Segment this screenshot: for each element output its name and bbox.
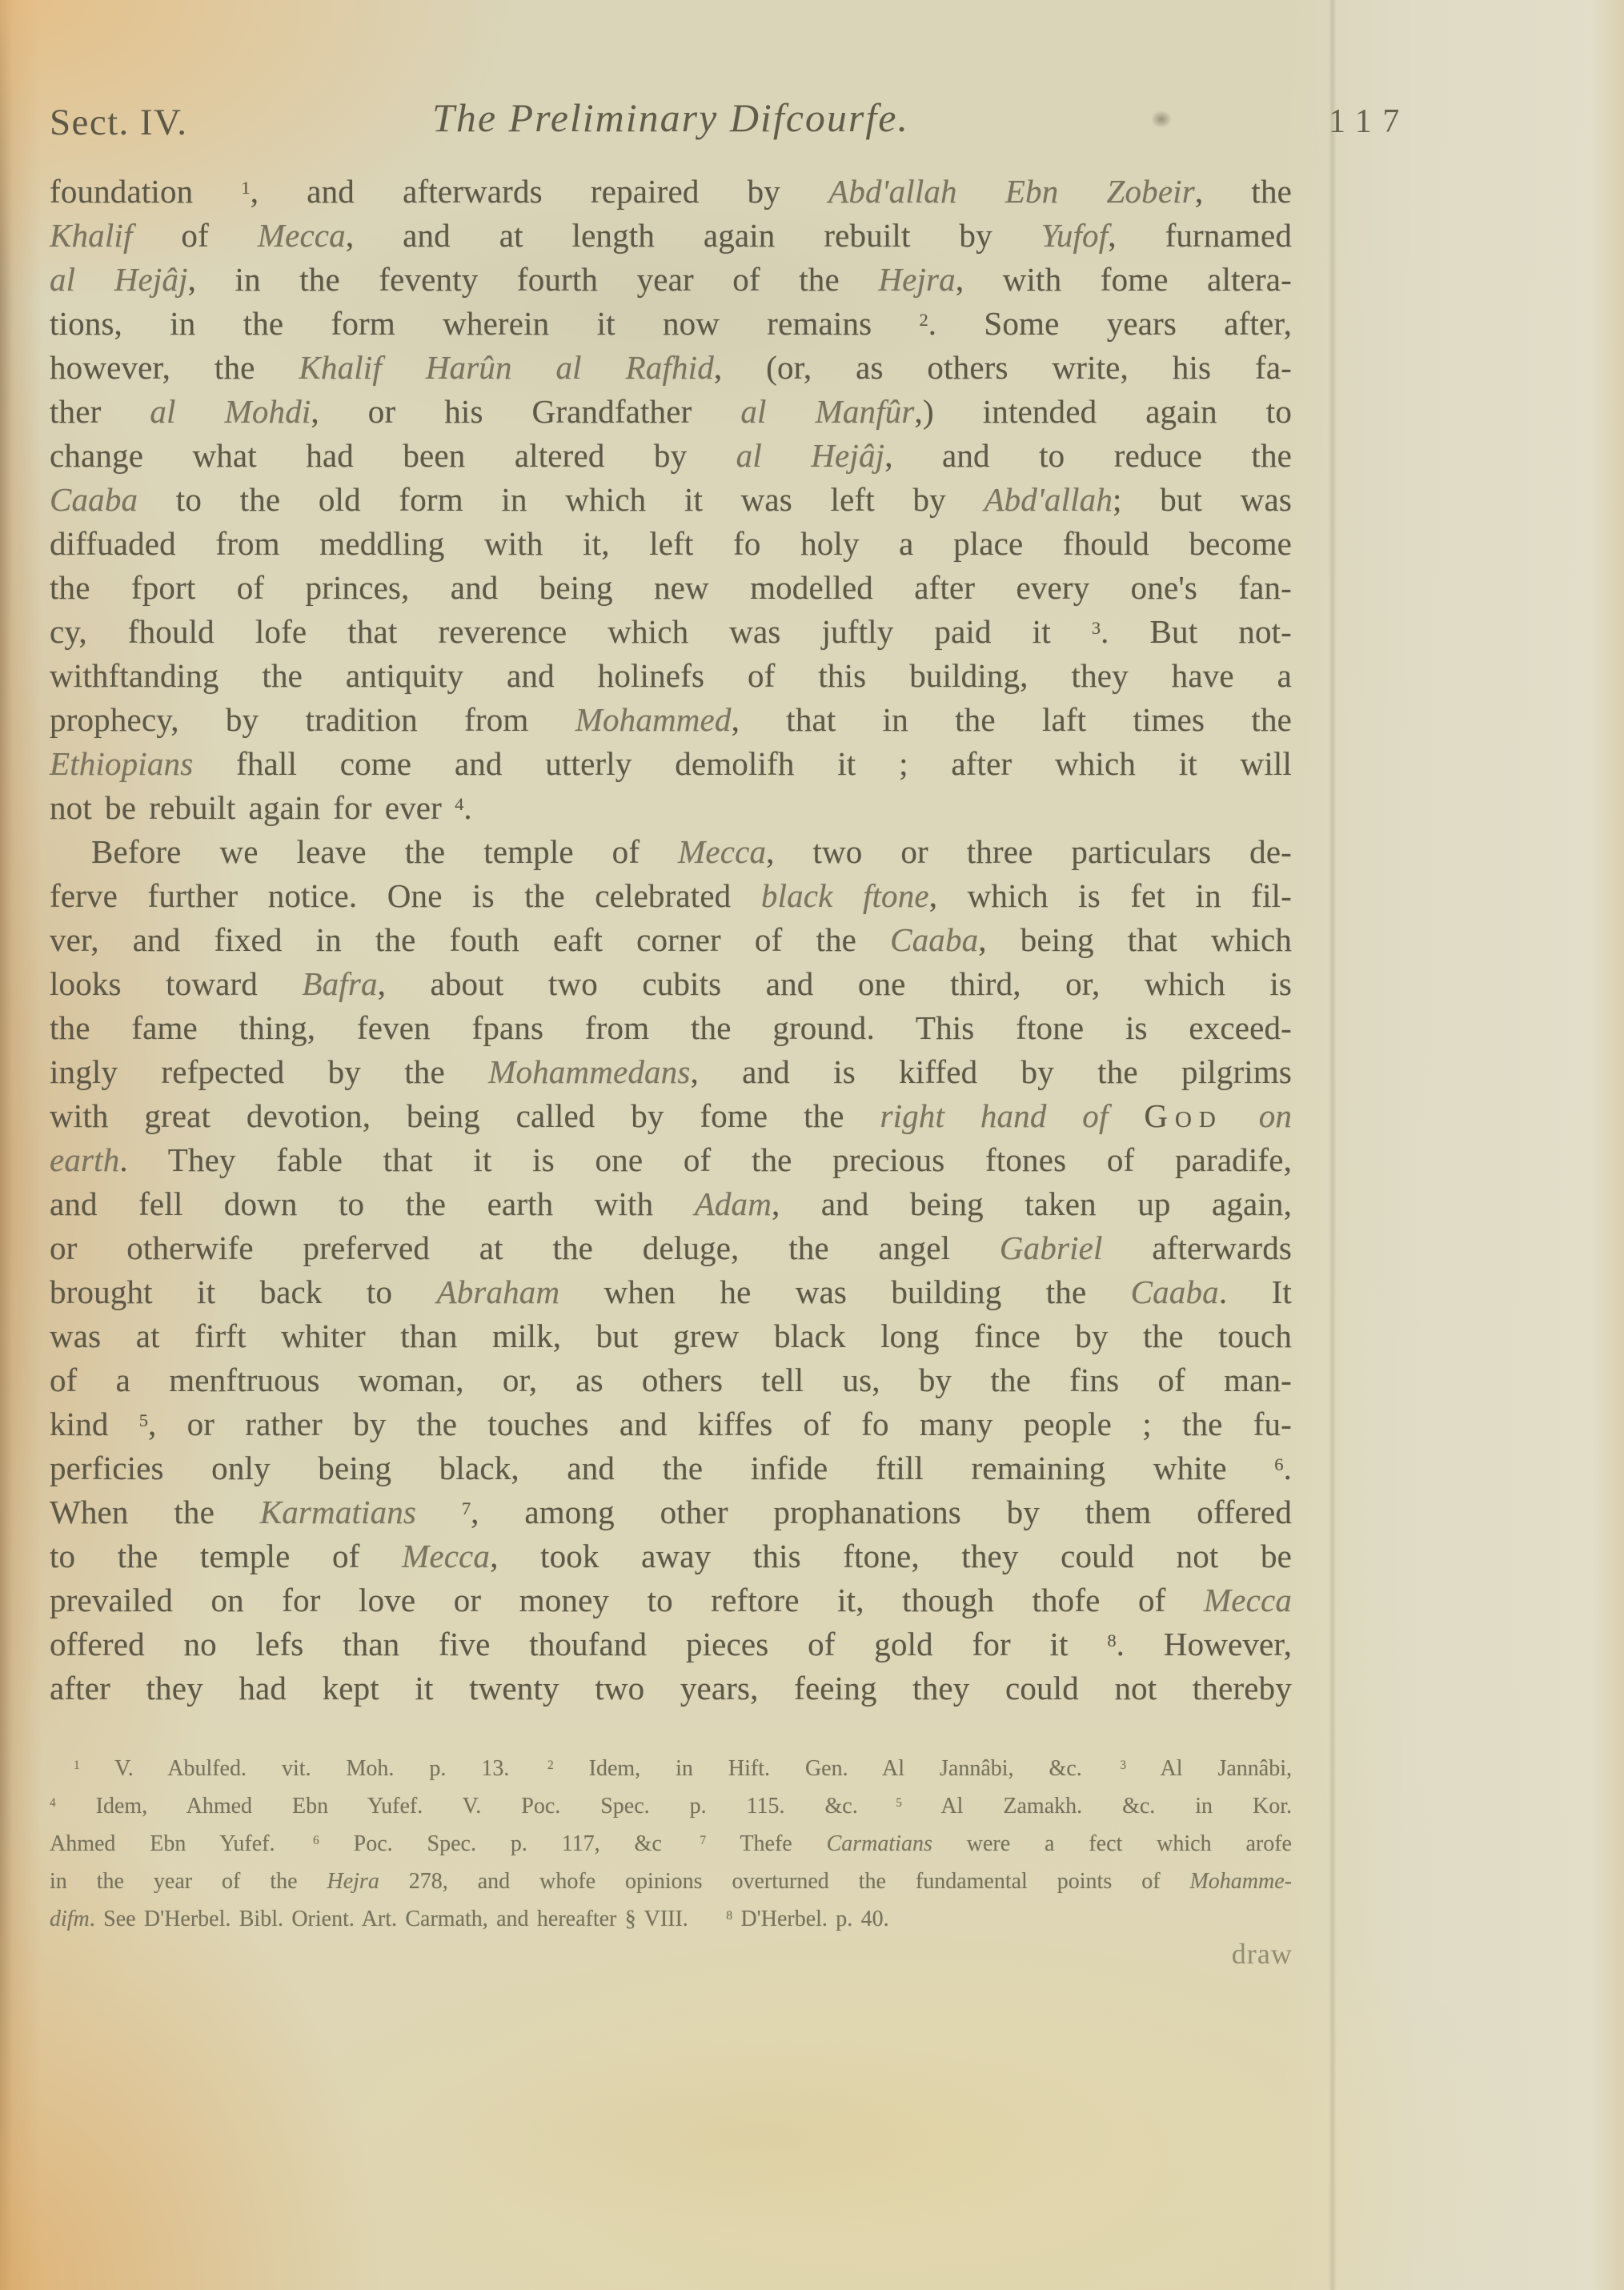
text-segment: .	[1284, 1450, 1292, 1486]
page-number: 117	[1329, 102, 1410, 141]
text-line: change what had been altered by al Hejâj…	[50, 434, 1292, 478]
text-segment: , which is fet in fil-	[929, 877, 1292, 914]
text-segment: Al Jannâbi,	[1126, 1756, 1292, 1781]
text-segment: . It	[1219, 1273, 1292, 1310]
body-text: foundation 1, and afterwards repaired by…	[50, 170, 1292, 1710]
text-line: was at firft whiter than milk, but grew …	[50, 1314, 1292, 1358]
text-segment: , (or, as others write, his fa-	[714, 349, 1292, 386]
text-line: 4 Idem, Ahmed Ebn Yufef. V. Poc. Spec. p…	[50, 1787, 1292, 1825]
text-segment: withftanding the antiquity and holinefs …	[50, 657, 1292, 694]
text-segment: , or his Grandfather	[311, 393, 740, 430]
text-segment: , that in the laft times the	[732, 701, 1292, 738]
italic-text: Caaba	[1131, 1273, 1219, 1310]
italic-text: Khalif	[50, 217, 133, 254]
text-segment: prophecy, by tradition from	[50, 701, 575, 738]
text-segment: , with fome altera-	[956, 261, 1292, 298]
text-segment: looks toward	[50, 965, 302, 1002]
footnote-marker: 5	[139, 1410, 148, 1430]
footnote-marker: 2	[547, 1759, 554, 1772]
text-line: of a menftruous woman, or, as others tel…	[50, 1358, 1292, 1402]
text-segment: 278, and whofe opinions overturned the f…	[379, 1869, 1190, 1894]
text-line: offered no lefs than five thoufand piece…	[50, 1622, 1292, 1666]
text-line: ver, and fixed in the fouth eaft corner …	[50, 918, 1292, 962]
text-segment: or otherwife preferved at the deluge, th…	[50, 1229, 1000, 1266]
text-segment: afterwards	[1103, 1229, 1292, 1266]
text-segment: Thefe	[706, 1831, 827, 1856]
italic-text: Ethiopians	[50, 745, 193, 782]
page-header: Sect. IV. The Preliminary Difcourfe. 117	[50, 94, 1292, 158]
text-line: in the year of the Hejra 278, and whofe …	[50, 1863, 1292, 1900]
text-line: with great devotion, being called by fom…	[50, 1094, 1292, 1138]
text-segment: , and afterwards repaired by	[251, 173, 828, 210]
footnote-marker: 7	[700, 1834, 706, 1847]
text-segment: not be rebuilt again for ever	[50, 789, 455, 826]
italic-text: Gabriel	[1000, 1229, 1103, 1266]
text-segment: , the	[1195, 173, 1292, 210]
text-segment: offered no lefs than five thoufand piece…	[50, 1626, 1107, 1662]
text-segment: , and to reduce the	[884, 437, 1292, 474]
italic-text: earth	[50, 1141, 119, 1178]
text-segment: , about two cubits and one third, or, wh…	[378, 965, 1292, 1002]
text-line: Caaba to the old form in which it was le…	[50, 478, 1292, 522]
footnote-marker: 6	[1274, 1454, 1283, 1474]
footnote-marker: 1	[74, 1759, 80, 1772]
text-segment: of	[133, 217, 258, 254]
italic-text: Mecca	[402, 1538, 490, 1574]
italic-text: al Manfûr	[740, 393, 914, 430]
italic-text: al Mohdi	[150, 393, 311, 430]
text-segment	[1223, 1097, 1259, 1134]
text-line: kind 5, or rather by the touches and kif…	[50, 1402, 1292, 1446]
italic-text: Adam	[695, 1185, 772, 1222]
text-segment: the fport of princes, and being new mode…	[50, 569, 1292, 606]
book-page-scan: Sect. IV. The Preliminary Difcourfe. 117…	[0, 0, 1624, 2290]
text-segment: ,) intended again to	[915, 393, 1292, 430]
text-segment: after they had kept it twenty two years,…	[50, 1670, 1292, 1706]
text-segment: the fame thing, feven fpans from the gro…	[50, 1009, 1292, 1046]
text-segment: , among other prophanations by them offe…	[471, 1494, 1292, 1530]
text-line: When the Karmatians 7, among other proph…	[50, 1490, 1292, 1534]
italic-text: Carmatians	[827, 1831, 932, 1856]
text-segment: Idem, Ahmed Ebn Yufef. V. Poc. Spec. p. …	[56, 1794, 858, 1819]
text-line: Khalif of Mecca, and at length again reb…	[50, 214, 1292, 258]
text-segment: to the old form in which it was left by	[138, 481, 984, 518]
italic-text: Mecca	[258, 217, 346, 254]
text-segment: with great devotion, being called by fom…	[50, 1097, 880, 1134]
page-fold-shading	[1329, 0, 1337, 2290]
text-segment: kind	[50, 1406, 139, 1442]
text-segment: perficies only being black, and the infi…	[50, 1450, 1274, 1486]
text-segment: however, the	[50, 349, 299, 386]
text-line: prevailed on for love or money to reftor…	[50, 1578, 1292, 1622]
footnote-marker: 4	[455, 794, 463, 814]
footnote-marker: 5	[896, 1796, 902, 1810]
italic-text: right hand of	[880, 1097, 1108, 1134]
text-line: ferve further notice. One is the celebra…	[50, 874, 1292, 918]
spaced-caps-text: God	[1144, 1097, 1223, 1134]
italic-text: al Hejâj	[50, 261, 188, 298]
text-segment: , furnamed	[1108, 217, 1292, 254]
text-line: withftanding the antiquity and holinefs …	[50, 654, 1292, 698]
text-segment: Ahmed Ebn Yufef.	[50, 1831, 275, 1856]
italic-text: Abd'allah Ebn Zobeir	[828, 173, 1195, 210]
text-segment: , in the feventy fourth year of the	[188, 261, 879, 298]
text-segment: in the year of the	[50, 1869, 327, 1894]
footnotes: 1 V. Abulfed. vit. Moh. p. 13.2 Idem, in…	[50, 1750, 1292, 1938]
text-segment: brought it back to	[50, 1273, 436, 1310]
text-segment: of a menftruous woman, or, as others tel…	[50, 1362, 1292, 1398]
text-segment: Before we leave the temple of	[91, 833, 678, 870]
italic-text: Caaba	[890, 921, 978, 958]
text-segment: . They fable that it is one of the preci…	[119, 1141, 1292, 1178]
text-segment	[416, 1494, 462, 1530]
text-line: 1 V. Abulfed. vit. Moh. p. 13.2 Idem, in…	[50, 1750, 1292, 1787]
text-segment: V. Abulfed. vit. Moh. p. 13.	[80, 1756, 510, 1781]
text-line: after they had kept it twenty two years,…	[50, 1666, 1292, 1710]
text-line: prophecy, by tradition from Mohammed, th…	[50, 698, 1292, 742]
text-segment: tions, in the form wherein it now remain…	[50, 305, 919, 342]
footnote-marker: 8	[1107, 1630, 1116, 1650]
text-line: diffuaded from meddling with it, left fo…	[50, 522, 1292, 566]
text-line: Before we leave the temple of Mecca, two…	[50, 830, 1292, 874]
italic-text: Mohammedans	[488, 1053, 690, 1090]
text-line: brought it back to Abraham when he was b…	[50, 1270, 1292, 1314]
text-segment: ; but was	[1113, 481, 1292, 518]
italic-text: Caaba	[50, 481, 138, 518]
text-line: al Hejâj, in the feventy fourth year of …	[50, 258, 1292, 302]
text-line: looks toward Bafra, about two cubits and…	[50, 962, 1292, 1006]
text-segment: to the temple of	[50, 1538, 402, 1574]
text-segment: , took away this ftone, they could not b…	[490, 1538, 1292, 1574]
footnote-marker: 7	[462, 1498, 471, 1518]
italic-text: Abd'allah	[984, 481, 1113, 518]
text-segment: , and at length again rebuilt by	[346, 217, 1041, 254]
text-segment: and fell down to the earth with	[50, 1185, 695, 1222]
text-segment: D'Herbel. p. 40.	[732, 1907, 889, 1931]
text-segment: When the	[50, 1494, 260, 1530]
italic-text: Khalif Harûn al Rafhid	[299, 349, 714, 386]
text-line: Ahmed Ebn Yufef.6 Poc. Spec. p. 117, &c7…	[50, 1825, 1292, 1863]
text-segment: diffuaded from meddling with it, left fo…	[50, 525, 1292, 562]
italic-text: Abraham	[436, 1273, 559, 1310]
text-segment: ferve further notice. One is the celebra…	[50, 877, 761, 914]
italic-text: difm	[50, 1907, 90, 1931]
page-right-edge-shading	[1592, 0, 1624, 2290]
footnote-marker: 8	[726, 1909, 732, 1923]
text-line: earth. They fable that it is one of the …	[50, 1138, 1292, 1182]
text-line: or otherwife preferved at the deluge, th…	[50, 1226, 1292, 1270]
text-segment: prevailed on for love or money to reftor…	[50, 1582, 1204, 1618]
footnote-marker: 6	[313, 1834, 319, 1847]
text-segment: Al Zamakh. &c. in Kor.	[902, 1794, 1292, 1819]
italic-text: black ftone	[761, 877, 929, 914]
text-segment: Poc. Spec. p. 117, &c	[319, 1831, 662, 1856]
text-segment: . See D'Herbel. Bibl. Orient. Art. Carma…	[90, 1907, 688, 1931]
text-segment: foundation	[50, 173, 241, 210]
footnote-marker: 3	[1092, 618, 1101, 638]
text-segment: , two or three particulars de-	[766, 833, 1292, 870]
footnote-marker: 4	[50, 1796, 56, 1810]
italic-text: Hejra	[878, 261, 955, 298]
text-line: foundation 1, and afterwards repaired by…	[50, 170, 1292, 214]
italic-text: Mecca	[678, 833, 766, 870]
text-segment	[1109, 1097, 1145, 1134]
text-segment: when he was building the	[559, 1273, 1130, 1310]
italic-text: Mohamme-	[1189, 1869, 1292, 1894]
italic-text: Bafra	[302, 965, 377, 1002]
text-segment: ver, and fixed in the fouth eaft corner …	[50, 921, 890, 958]
italic-text: Mohammed	[575, 701, 732, 738]
text-segment: . However,	[1117, 1626, 1292, 1662]
italic-text: al Hejâj	[736, 437, 885, 474]
text-line: however, the Khalif Harûn al Rafhid, (or…	[50, 346, 1292, 390]
footnote-marker: 2	[919, 310, 928, 330]
text-segment: were a fect which arofe	[932, 1831, 1292, 1856]
text-line: and fell down to the earth with Adam, an…	[50, 1182, 1292, 1226]
text-segment: ther	[50, 393, 150, 430]
italic-text: Mecca	[1204, 1582, 1292, 1618]
text-segment: , and is kiffed by the pilgrims	[690, 1053, 1292, 1090]
text-segment: .	[463, 789, 471, 826]
text-line: cy, fhould lofe that reverence which was…	[50, 610, 1292, 654]
footnote-marker: 3	[1120, 1759, 1126, 1772]
italic-text: on	[1259, 1097, 1292, 1134]
text-segment: , and being taken up again,	[772, 1185, 1292, 1222]
paragraph: Before we leave the temple of Mecca, two…	[50, 830, 1292, 1710]
text-line: to the temple of Mecca, took away this f…	[50, 1534, 1292, 1578]
text-line: ther al Mohdi, or his Grandfather al Man…	[50, 390, 1292, 434]
catchword: draw	[1169, 1937, 1293, 1971]
text-segment: . But not-	[1101, 613, 1292, 650]
italic-text: Yufof	[1041, 217, 1109, 254]
footnote-marker: 1	[241, 178, 250, 198]
text-segment: . Some years after,	[928, 305, 1292, 342]
text-line: difm. See D'Herbel. Bibl. Orient. Art. C…	[50, 1900, 1292, 1938]
text-segment: was at firft whiter than milk, but grew …	[50, 1317, 1292, 1354]
running-title: The Preliminary Difcourfe.	[50, 94, 1292, 141]
text-line: ingly refpected by the Mohammedans, and …	[50, 1050, 1292, 1094]
text-line: Ethiopians fhall come and utterly demoli…	[50, 742, 1292, 786]
text-segment: Idem, in Hift. Gen. Al Jannâbi, &c.	[554, 1756, 1082, 1781]
text-segment: , being that which	[978, 921, 1292, 958]
text-line: not be rebuilt again for ever 4.	[50, 786, 1292, 830]
text-segment: , or rather by the touches and kiffes of…	[148, 1406, 1292, 1442]
text-segment: ingly refpected by the	[50, 1053, 488, 1090]
text-line: the fport of princes, and being new mode…	[50, 566, 1292, 610]
text-line: the fame thing, feven fpans from the gro…	[50, 1006, 1292, 1050]
text-segment: fhall come and utterly demolifh it ; aft…	[193, 745, 1292, 782]
italic-text: Karmatians	[260, 1494, 416, 1530]
text-segment: cy, fhould lofe that reverence which was…	[50, 613, 1092, 650]
text-line: perficies only being black, and the infi…	[50, 1446, 1292, 1490]
italic-text: Hejra	[327, 1869, 379, 1894]
text-line: tions, in the form wherein it now remain…	[50, 302, 1292, 346]
text-segment: change what had been altered by	[50, 437, 736, 474]
paragraph: foundation 1, and afterwards repaired by…	[50, 170, 1292, 830]
paper-stain	[400, 2033, 1121, 2241]
